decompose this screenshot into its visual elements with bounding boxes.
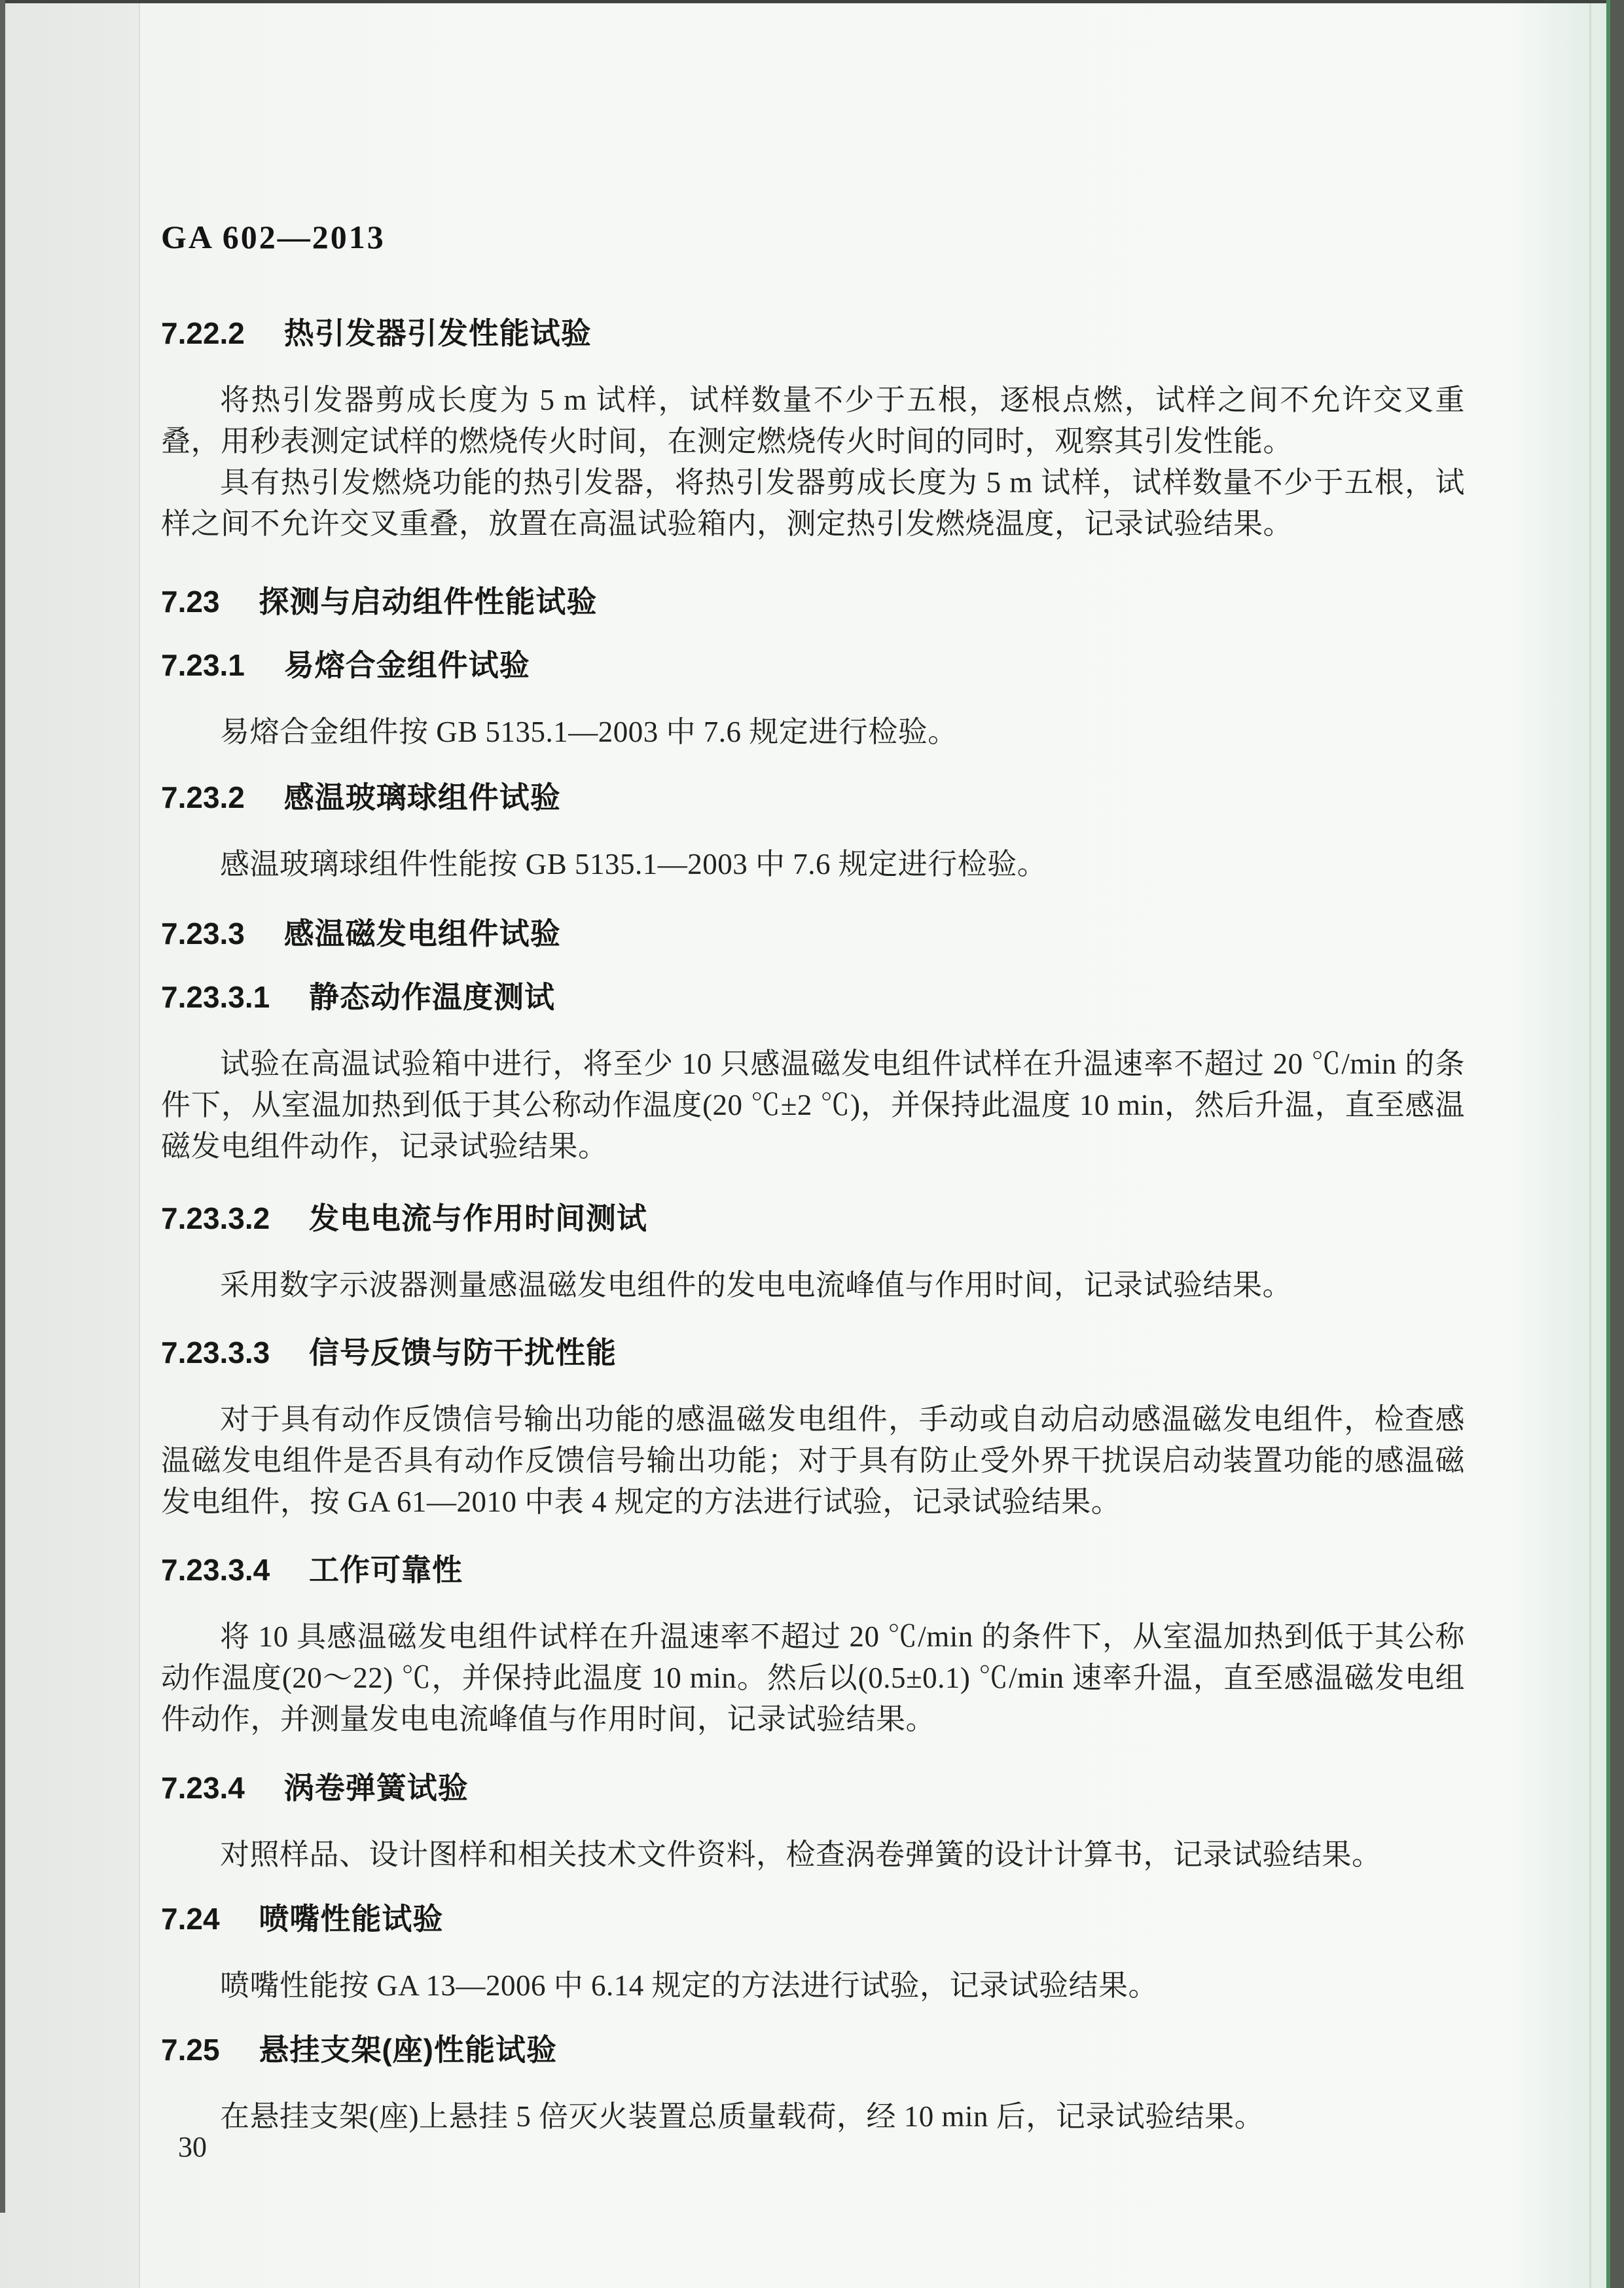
section-number: 7.23.3.1: [161, 980, 270, 1014]
section-number: 7.22.2: [161, 316, 245, 350]
section-7-23-3: 7.23.3 感温磁发电组件试验: [161, 917, 1465, 951]
section-heading: 7.24 喷嘴性能试验: [161, 1902, 1465, 1936]
page-number: 30: [178, 2132, 207, 2163]
section-number: 7.23.4: [161, 1771, 245, 1805]
section-7-23-3-4: 7.23.3.4 工作可靠性 将 10 具感温磁发电组件试样在升温速率不超过 2…: [161, 1553, 1465, 1740]
section-number: 7.23.3.2: [161, 1201, 270, 1235]
section-paragraph: 对照样品、设计图样和相关技术文件资料，检查涡卷弹簧的设计计算书，记录试验结果。: [161, 1834, 1465, 1876]
section-title: 信号反馈与防干扰性能: [309, 1335, 617, 1370]
section-paragraph: 喷嘴性能按 GA 13—2006 中 6.14 规定的方法进行试验，记录试验结果…: [161, 1965, 1465, 2007]
section-number: 7.23.3: [161, 917, 245, 951]
section-title: 涡卷弹簧试验: [284, 1771, 469, 1805]
section-number: 7.23.2: [161, 780, 245, 814]
section-paragraph: 感温玻璃球组件性能按 GB 5135.1—2003 中 7.6 规定进行检验。: [161, 844, 1465, 885]
section-title: 热引发器引发性能试验: [284, 316, 592, 350]
section-7-23-3-2: 7.23.3.2 发电电流与作用时间测试 采用数字示波器测量感温磁发电组件的发电…: [161, 1201, 1465, 1306]
section-title: 工作可靠性: [309, 1553, 463, 1587]
section-7-23-3-3: 7.23.3.3 信号反馈与防干扰性能 对于具有动作反馈信号输出功能的感温磁发电…: [161, 1335, 1465, 1523]
section-7-23: 7.23 探测与启动组件性能试验: [161, 585, 1465, 619]
section-heading: 7.23.3 感温磁发电组件试验: [161, 917, 1465, 951]
section-heading: 7.23.4 涡卷弹簧试验: [161, 1771, 1465, 1805]
section-title: 发电电流与作用时间测试: [309, 1201, 647, 1235]
section-title: 感温磁发电组件试验: [284, 917, 561, 951]
scan-edge-top: [0, 0, 1624, 3]
section-paragraph: 试验在高温试验箱中进行，将至少 10 只感温磁发电组件试样在升温速率不超过 20…: [161, 1044, 1465, 1167]
section-paragraph: 易熔合金组件按 GB 5135.1—2003 中 7.6 规定进行检验。: [161, 712, 1465, 753]
section-7-22-2: 7.22.2 热引发器引发性能试验 将热引发器剪成长度为 5 m 试样，试样数量…: [161, 316, 1465, 545]
section-7-23-2: 7.23.2 感温玻璃球组件试验 感温玻璃球组件性能按 GB 5135.1—20…: [161, 780, 1465, 885]
section-title: 易熔合金组件试验: [284, 648, 530, 682]
section-heading: 7.22.2 热引发器引发性能试验: [161, 316, 1465, 350]
scan-edge-right: [1610, 0, 1624, 2288]
scanned-document-page: GA 602—2013 7.22.2 热引发器引发性能试验 将热引发器剪成长度为…: [0, 0, 1624, 2288]
section-paragraph: 具有热引发燃烧功能的热引发器，将热引发器剪成长度为 5 m 试样，试样数量不少于…: [161, 462, 1465, 545]
section-paragraph: 采用数字示波器测量感温磁发电组件的发电电流峰值与作用时间，记录试验结果。: [161, 1265, 1465, 1306]
section-7-24: 7.24 喷嘴性能试验 喷嘴性能按 GA 13—2006 中 6.14 规定的方…: [161, 1902, 1465, 2007]
section-title: 悬挂支架(座)性能试验: [259, 2033, 557, 2067]
document-header: GA 602—2013: [161, 219, 386, 255]
section-paragraph: 将 10 具感温磁发电组件试样在升温速率不超过 20 ℃/min 的条件下，从室…: [161, 1616, 1465, 1740]
section-title: 探测与启动组件性能试验: [259, 585, 597, 619]
section-heading: 7.23.3.1 静态动作温度测试: [161, 980, 1465, 1014]
section-7-23-4: 7.23.4 涡卷弹簧试验 对照样品、设计图样和相关技术文件资料，检查涡卷弹簧的…: [161, 1771, 1465, 1876]
section-heading: 7.23.3.3 信号反馈与防干扰性能: [161, 1335, 1465, 1370]
scan-streak-line: [1589, 0, 1591, 2288]
section-number: 7.23: [161, 585, 220, 619]
section-title: 喷嘴性能试验: [259, 1902, 443, 1936]
section-paragraph: 对于具有动作反馈信号输出功能的感温磁发电组件，手动或自动启动感温磁发电组件，检查…: [161, 1399, 1465, 1523]
section-title: 静态动作温度测试: [309, 980, 555, 1014]
section-7-23-3-1: 7.23.3.1 静态动作温度测试 试验在高温试验箱中进行，将至少 10 只感温…: [161, 980, 1465, 1167]
section-heading: 7.23.1 易熔合金组件试验: [161, 648, 1465, 682]
section-number: 7.23.3.3: [161, 1335, 270, 1370]
section-heading: 7.23.3.4 工作可靠性: [161, 1553, 1465, 1587]
scan-band-right: [1512, 0, 1606, 2288]
scan-edge-left: [0, 0, 5, 2213]
section-heading: 7.23.2 感温玻璃球组件试验: [161, 780, 1465, 814]
section-paragraph: 将热引发器剪成长度为 5 m 试样，试样数量不少于五根，逐根点燃，试样之间不允许…: [161, 380, 1465, 462]
section-7-23-1: 7.23.1 易熔合金组件试验 易熔合金组件按 GB 5135.1—2003 中…: [161, 648, 1465, 753]
section-heading: 7.23.3.2 发电电流与作用时间测试: [161, 1201, 1465, 1235]
scan-shading-left: [0, 0, 140, 2288]
section-7-25: 7.25 悬挂支架(座)性能试验 在悬挂支架(座)上悬挂 5 倍灭火装置总质量载…: [161, 2033, 1465, 2137]
section-title: 感温玻璃球组件试验: [284, 780, 561, 814]
section-number: 7.24: [161, 1902, 220, 1936]
section-number: 7.23.3.4: [161, 1553, 270, 1587]
section-number: 7.25: [161, 2033, 220, 2067]
section-number: 7.23.1: [161, 648, 245, 682]
section-heading: 7.25 悬挂支架(座)性能试验: [161, 2033, 1465, 2067]
section-heading: 7.23 探测与启动组件性能试验: [161, 585, 1465, 619]
section-paragraph: 在悬挂支架(座)上悬挂 5 倍灭火装置总质量载荷，经 10 min 后，记录试验…: [161, 2096, 1465, 2137]
